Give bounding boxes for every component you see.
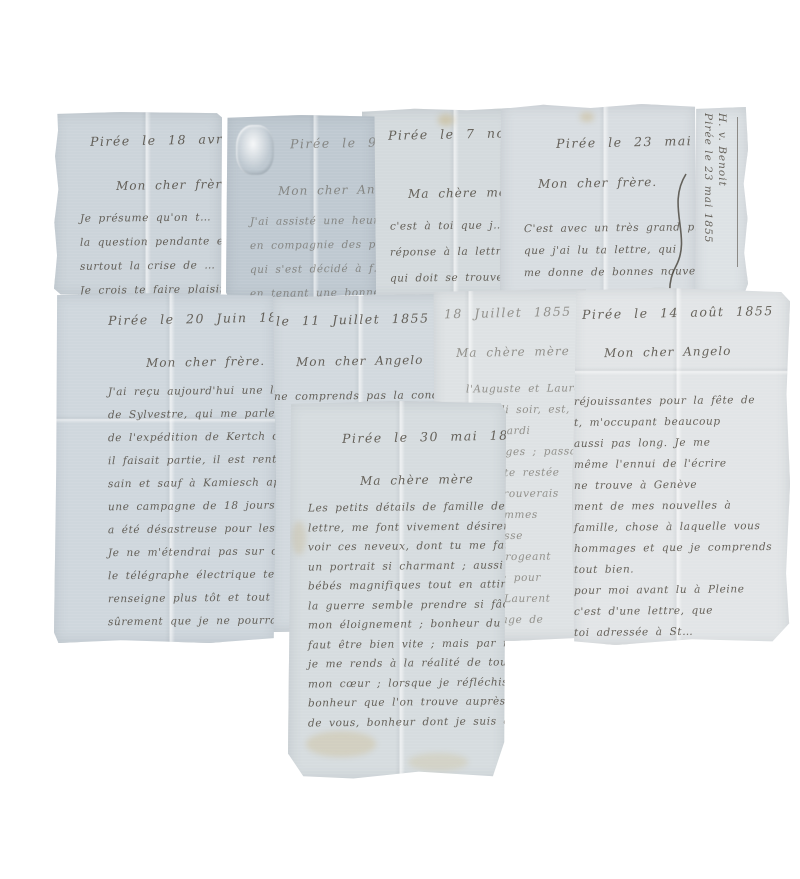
handwriting-line: bébés magnifiques tout en attire nos élo… bbox=[308, 578, 506, 600]
letter-sheet-14-aout: Pirée le 14 août 1855 Mon cher Angelo ré… bbox=[572, 287, 790, 645]
letter-salutation: Mon cher Angelo bbox=[296, 353, 424, 369]
handwriting-line: c'est d'une lettre, que bbox=[574, 604, 773, 627]
letter-date: 18 Juillet 1855 bbox=[444, 304, 572, 322]
letter-body: Les petits détails de famille de ta dern… bbox=[308, 501, 506, 735]
handwriting-line: mon éloignement ; bonheur du moins bbox=[308, 617, 506, 639]
letter-body: Je présume qu'on t…la question pendante … bbox=[80, 212, 222, 296]
handwriting-line: hommages et que je comprends bbox=[574, 541, 773, 564]
embossed-crest bbox=[236, 125, 274, 175]
handwriting-line: faut être bien vite ; mais par moment bbox=[308, 636, 506, 658]
handwriting-line: en compagnie des premiers… bbox=[250, 238, 376, 264]
letter-body: c'est à toi que j…réponse à la lettrequi… bbox=[390, 220, 509, 298]
letter-salutation: Mon cher frère bbox=[116, 177, 222, 193]
fold-crease-horizontal bbox=[572, 367, 790, 375]
letter-salutation: Ma chère mère bbox=[360, 472, 474, 488]
paper-stain bbox=[580, 112, 594, 122]
handwriting-line: l'Auguste et Laurent bbox=[432, 382, 590, 405]
handwriting-line: la guerre semble prendre si fâcheuse bbox=[308, 597, 506, 619]
handwriting-line: je me rends à la réalité de tout bbox=[308, 656, 506, 678]
letter-sheet-7-novembre: Pirée le 7 novembre Ma chère mère c'est … bbox=[362, 108, 512, 298]
paper-stain bbox=[292, 521, 306, 555]
handwriting-line: réjouissantes pour la fête de bbox=[574, 394, 773, 417]
handwriting-line: ne trouve à Genève bbox=[574, 478, 773, 501]
handwriting-line: tout bien. bbox=[574, 562, 773, 585]
letter-sheet-23-mai: Pirée le 23 mai 1855 Mon cher frère. C'e… bbox=[500, 104, 697, 302]
letter-date: Pirée le 18 avril 1855 bbox=[90, 130, 222, 149]
letter-body: J'ai assisté une heure…en compagnie des … bbox=[250, 215, 376, 298]
letter-sheet-18-avril: Pirée le 18 avril 1855 Mon cher frère Je… bbox=[54, 112, 222, 296]
handwriting-line: voir ces neveux, dont tu me fais bbox=[308, 539, 506, 561]
letter-body: J'ai reçu aujourd'hui une lettrede Sylve… bbox=[108, 385, 276, 638]
handwriting-line: qui s'est décidé à f… bbox=[250, 262, 376, 288]
handwriting-line: le télégraphe électrique te bbox=[108, 568, 276, 593]
handwriting-line: me donne de bonnes nouvelles de bbox=[524, 265, 697, 289]
handwriting-line: il faisait partie, il est rentré bbox=[108, 453, 276, 478]
letter-sheet-30-mai: Pirée le 30 mai 1855. Ma chère mère Les … bbox=[288, 401, 506, 780]
handwriting-line: ment de mes nouvelles à bbox=[574, 499, 773, 522]
docket-rule bbox=[737, 117, 738, 267]
handwriting-line: lettre, me font vivement désirer de bbox=[308, 519, 506, 541]
handwriting-line: la question pendante e… bbox=[80, 235, 222, 261]
handwriting-line: pour moi avant lu à Pleine bbox=[574, 583, 773, 606]
letter-date: le 11 Juillet 1855 bbox=[276, 310, 430, 328]
handwriting-line: même l'ennui de l'écrire bbox=[574, 457, 773, 480]
letter-salutation: Mon cher Angelo bbox=[604, 344, 732, 360]
handwriting-line: Les petits détails de famille de ta dern… bbox=[308, 500, 506, 522]
handwriting-line: que j'ai lu ta lettre, qui bbox=[524, 243, 697, 267]
letter-date: Pirée le 14 août 1855 bbox=[582, 303, 774, 322]
handwriting-line: un portrait si charmant ; aussi bbox=[308, 558, 506, 580]
handwriting-line: C'est avec un très grand plaisir bbox=[524, 221, 697, 245]
handwriting-line: de l'expédition de Kertch dont bbox=[108, 430, 276, 455]
docket-date: Pirée le 23 mai 1855 bbox=[702, 113, 714, 293]
handwriting-line: bonheur que l'on trouve auprès bbox=[308, 695, 506, 717]
letter-salutation: Mon cher Angelo bbox=[278, 182, 376, 198]
letter-body: réjouissantes pour la fête det, m'occupa… bbox=[574, 395, 772, 645]
handwriting-line: aussi pas long. Je me bbox=[574, 436, 773, 459]
folded-letter-docket: Pirée le 23 mai 1855 H. v. Benoit bbox=[694, 107, 748, 299]
handwriting-line: famille, chose à laquelle vous bbox=[574, 520, 773, 543]
handwriting-line: de Sylvestre, qui me parle bbox=[108, 407, 276, 432]
handwriting-line: J'ai reçu aujourd'hui une lettre bbox=[108, 384, 276, 409]
paper-stain bbox=[408, 753, 468, 771]
handwriting-line: toi adressée à St… bbox=[574, 625, 773, 645]
handwriting-line: sain et sauf à Kamiesch après bbox=[108, 476, 276, 501]
handwriting-line: t, m'occupant beaucoup bbox=[574, 415, 773, 438]
handwriting-line: une campagne de 18 jours, qui bbox=[108, 499, 276, 524]
letter-salutation: Mon cher frère. bbox=[538, 175, 657, 191]
letter-date: Pirée le 7 novembre bbox=[388, 124, 512, 143]
handwriting-line: Je ne m'étendrai pas sur ce sujet bbox=[108, 545, 276, 570]
letter-date: Pirée le 30 mai 1855. bbox=[342, 427, 506, 446]
letter-sheet-20-juin: Pirée le 20 Juin 1855 Mon cher frère. J'… bbox=[54, 293, 276, 643]
handwriting-line: réponse à la lettre bbox=[390, 245, 509, 272]
letter-body: C'est avec un très grand plaisirque j'ai… bbox=[524, 222, 697, 288]
handwriting-line: mon cœur ; lorsque je réfléchis au bbox=[308, 675, 506, 697]
letter-sheet-9-avril: Pirée le 9 avril Mon cher Angelo J'ai as… bbox=[226, 115, 376, 298]
handwriting-line: renseigne plus tôt et tout aussi bbox=[108, 591, 276, 616]
paper-stain bbox=[438, 114, 454, 126]
handwriting-line: c'est à toi que j… bbox=[390, 219, 509, 246]
letter-date: Pirée le 20 Juin 1855 bbox=[108, 309, 276, 328]
handwriting-line: de vous, bonheur dont je suis depuis bbox=[308, 714, 506, 736]
letter-date: Pirée le 9 avril bbox=[290, 134, 376, 152]
letter-salutation: Ma chère mère bbox=[408, 185, 512, 201]
letters-photo: Pirée le 18 avril 1855 Mon cher frère Je… bbox=[0, 0, 800, 879]
letter-salutation: Ma chère mère bbox=[456, 344, 570, 360]
handwriting-line: sûrement que je ne pourrais le faire bbox=[108, 614, 276, 639]
letter-date: Pirée le 23 mai 1855 bbox=[556, 132, 697, 151]
handwriting-line: Je présume qu'on t… bbox=[80, 211, 222, 237]
letter-salutation: Mon cher frère. bbox=[146, 354, 265, 370]
handwriting-line: J'ai assisté une heure… bbox=[250, 214, 376, 240]
handwriting-line: surtout la crise de … bbox=[80, 259, 222, 285]
handwriting-line: a été désastreuse pour les Russes. bbox=[108, 522, 276, 547]
docket-text: Pirée le 23 mai 1855 H. v. Benoit bbox=[700, 113, 738, 293]
docket-signature: H. v. Benoit bbox=[716, 113, 728, 293]
